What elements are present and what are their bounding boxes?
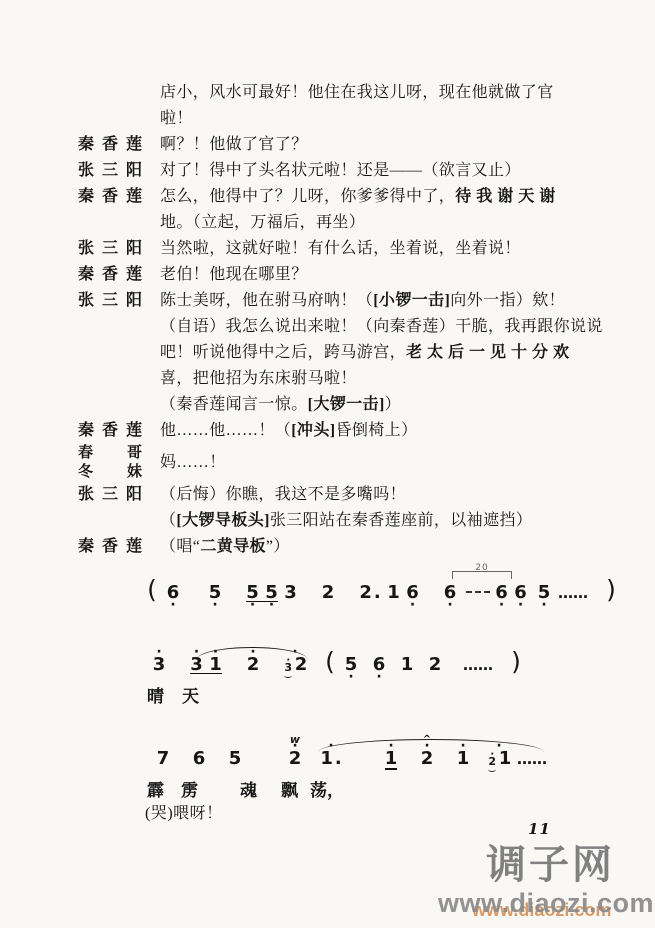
emphasized-text: [大锣一击] — [308, 396, 385, 413]
tie-dash-line — [466, 591, 490, 593]
jianpu-note: 2. — [356, 570, 384, 612]
note-number: 7 — [157, 749, 170, 768]
lyric-char: 飘 — [281, 776, 298, 801]
continuation-dots: …… — [558, 570, 604, 602]
plain-text: （自语）我怎么说出来啦！（向秦香莲）干脆，我再跟你说说 — [160, 318, 603, 335]
dialogue-row: 张三阳对了！得中了头名状元啦！还是——（欲言又止） — [0, 158, 655, 184]
beamed-notes: 5·5· — [243, 570, 281, 612]
jianpu-note: ·1. — [313, 736, 349, 778]
note-digit: 1 — [387, 583, 400, 602]
plain-text: 啊？！他做了官了？ — [160, 136, 308, 153]
lyric-char: 霹 — [147, 776, 164, 801]
jianpu-note: ·3 — [145, 642, 173, 684]
dialogue-line: （后悔）你瞧，我这不是多嘴吗！ — [160, 482, 650, 508]
dialogue-line: 老伯！他现在哪里？ — [160, 262, 650, 288]
note-octave-bottom: · — [170, 602, 175, 612]
note-number: 6 — [193, 749, 206, 768]
jianpu-note: 5· — [530, 570, 558, 612]
jianpu-note: w·2 — [277, 736, 313, 778]
speaker-name-line: 张三阳 — [78, 482, 142, 508]
speaker-name-line: 春 哥 — [78, 444, 142, 463]
note-number: 5 — [229, 749, 242, 768]
plain-text: 昏倒椅上） — [335, 422, 417, 439]
dialogue-row: 秦香莲怎么，他得中了？儿呀，你爹爹得中了，待我谢天谢地。（立起，万福后，再坐） — [0, 184, 655, 236]
speaker-name-line: 冬 妹 — [78, 463, 142, 482]
dialogue-row: 张三阳（后悔）你瞧，我这不是多嘴吗！（[大锣导板头]张三阳站在秦香莲座前，以袖遮… — [0, 482, 655, 534]
jianpu-note: 5 — [217, 736, 253, 778]
speaker-name-line: 张三阳 — [78, 236, 142, 262]
note-number: 2. — [359, 583, 380, 602]
dialogue-line: 地。（立起，万福后，再坐） — [160, 210, 650, 236]
low-octave-dot: · — [518, 597, 523, 613]
scanned-script-page: 店小，风水可最好！他住在我这儿呀，现在他就做了官啦！秦香莲啊？！他做了官了？张三… — [0, 0, 655, 928]
note-octave-bottom: · — [541, 602, 546, 612]
lyrics-line: 霹雳魂飘荡， — [0, 776, 655, 800]
jianpu-note: 6 — [181, 736, 217, 778]
dialogue-text: 啊？！他做了官了？ — [160, 132, 650, 158]
speaker-name-line: 秦香莲 — [78, 132, 142, 158]
speaker-name-line: 秦香莲 — [78, 418, 142, 444]
plain-text: 他……他……！（ — [160, 422, 291, 439]
note-digit: 2 — [322, 583, 335, 602]
plain-text: （秦香莲闻言一惊。 — [160, 396, 308, 413]
note-digit: 1 — [401, 655, 414, 674]
lyric-char: 雳 — [181, 776, 198, 801]
dialogue-row: 张三阳陈士美呀，他在驸马府呐！（[小锣一击]向外一指）欸！（自语）我怎么说出来啦… — [0, 288, 655, 418]
lyric-char: 荡， — [310, 776, 344, 801]
grace-slur-icon — [488, 767, 496, 772]
jianpu-note: 7 — [145, 736, 181, 778]
low-octave-dot: · — [499, 597, 504, 613]
speaker-name: 张三阳 — [78, 158, 142, 184]
dialogue-line: 陈士美呀，他在驸马府呐！（[小锣一击]向外一指）欸！ — [160, 288, 650, 314]
speaker-name-line: 张三阳 — [78, 158, 142, 184]
jianpu-note: 5· — [201, 570, 229, 612]
watermark: www.diaozi.com 调子网 www.diaozi.com — [0, 840, 655, 928]
note-octave-bottom: · — [518, 602, 523, 612]
continuation-dots: …… — [517, 736, 563, 768]
dialogue-line: （[大锣导板头]张三阳站在秦香莲座前，以袖遮挡） — [160, 508, 650, 534]
speaker-name-line: 秦香莲 — [78, 262, 142, 288]
emphasized-text: [大锣导板头] — [176, 512, 269, 529]
note-digit: 5 — [229, 749, 242, 768]
tuplet-bracket-label: 20 — [475, 564, 488, 571]
grace-note: ·3 — [283, 659, 294, 678]
speaker-name: 张三阳 — [78, 288, 142, 314]
dialogue-line: （自语）我怎么说出来啦！（向秦香莲）干脆，我再跟你说说 — [160, 314, 650, 340]
speaker-name: 秦香莲 — [78, 262, 142, 288]
dialogue-line: 店小，风水可最好！他住在我这儿呀，现在他就做了官 — [160, 80, 650, 106]
jianpu-note: 2 — [421, 642, 449, 684]
plain-text: 喜，把他招为东床驸马啦！ — [160, 370, 357, 387]
emphasized-text: 二黄导板 — [200, 538, 266, 555]
note-number: 2 — [289, 749, 302, 768]
dialogue-row: 张三阳当然啦，这就好啦！有什么话，坐着说，坐着说！ — [0, 236, 655, 262]
lyrics-line: 晴天 — [0, 682, 655, 706]
speaker-name: 秦香莲 — [78, 132, 142, 158]
plain-text: 地。（立起，万福后，再坐） — [160, 214, 365, 231]
grace-slur-icon — [284, 673, 292, 678]
note-digit: 2 — [289, 749, 302, 768]
plain-text: 吧！听说他得中之后，跨马游宫， — [160, 344, 406, 361]
music-notes: (6·5·5·5·322.16·6·6·6·5·……) — [0, 570, 655, 612]
low-octave-dot: · — [410, 597, 415, 613]
dialogue-text: （后悔）你瞧，我这不是多嘴吗！（[大锣导板头]张三阳站在秦香莲座前，以袖遮挡） — [160, 482, 650, 534]
dialogue-text: 陈士美呀，他在驸马府呐！（[小锣一击]向外一指）欸！（自语）我怎么说出来啦！（向… — [160, 288, 650, 418]
dialogue-line: 啊？！他做了官了？ — [160, 132, 650, 158]
speaker-name-line: 张三阳 — [78, 288, 142, 314]
note-digit: 3 — [153, 655, 166, 674]
continuation-dots: …… — [463, 642, 509, 674]
jianpu-note: 6· — [511, 570, 530, 612]
dialogue-text: 老伯！他现在哪里？ — [160, 262, 650, 288]
plain-text: 店小，风水可最好！他住在我这儿呀，现在他就做了官 — [160, 84, 554, 101]
music-line-3: 765w·2·1.·1^·2·1··21…… 霹雳魂飘荡， (哭)喂呀！ — [0, 736, 655, 789]
music-paren: ( — [323, 642, 337, 674]
emphasized-text: 待我谢天谢 — [455, 188, 560, 205]
watermark-url: www.diaozi.com — [438, 888, 654, 919]
dialogue-text: 对了！得中了头名状元啦！还是——（欲言又止） — [160, 158, 650, 184]
note-octave-bottom: · — [410, 602, 415, 612]
note-digit: 2 — [359, 583, 372, 602]
note-octave-bottom: · — [269, 602, 274, 612]
jianpu-note: 1 — [384, 570, 403, 612]
low-octave-dot: · — [447, 597, 452, 613]
dialogue-line: （秦香莲闻言一惊。[大锣一击]） — [160, 392, 650, 418]
speaker-name-line: 秦香莲 — [78, 184, 142, 210]
dialogue-line: 他……他……！（[冲头]昏倒椅上） — [160, 418, 650, 444]
plain-text: 啦！ — [160, 110, 193, 127]
music-line-1: (6·5·5·5·322.16·6·6·6·5·……) 20 — [0, 570, 655, 612]
dialogue-text: 当然啦，这就好啦！有什么话，坐着说，坐着说！ — [160, 236, 650, 262]
emphasized-text: [小锣一击] — [373, 292, 450, 309]
grace-note-number: 3 — [284, 663, 292, 673]
note-digit: 3 — [284, 583, 297, 602]
dialogue-line: （唱“二黄导板”） — [160, 534, 650, 560]
plain-text: ） — [385, 396, 401, 413]
page-number: 11 — [528, 820, 551, 838]
speaker-name: 春 哥冬 妹 — [78, 444, 142, 482]
plain-text: （唱“ — [160, 538, 200, 555]
note-number: 1 — [385, 749, 398, 770]
grace-note-number: 2 — [488, 757, 496, 767]
plain-text: 对了！得中了头名状元啦！还是——（欲言又止） — [160, 162, 521, 179]
music-line-2: ·3·3·1·2··32(5·6·12……) 晴天 — [0, 642, 655, 695]
note-digit: 6 — [193, 749, 206, 768]
plain-text: （ — [160, 512, 176, 529]
note-number: ·21 — [487, 749, 512, 779]
dialogue-line: 妈……！ — [160, 450, 650, 476]
speaker-name: 秦香莲 — [78, 184, 142, 210]
low-octave-dot: · — [541, 597, 546, 613]
note-octave-bottom: · — [499, 602, 504, 612]
jianpu-note: 2 — [314, 570, 342, 612]
speaker-name: 张三阳 — [78, 482, 142, 508]
jianpu-note: 6· — [159, 570, 187, 612]
jianpu-note: 5· — [243, 570, 262, 612]
dialogue-line: 喜，把他招为东床驸马啦！ — [160, 366, 650, 392]
dialogue-row: 店小，风水可最好！他住在我这儿呀，现在他就做了官啦！ — [0, 80, 655, 132]
jianpu-note: 3 — [281, 570, 300, 612]
dialogue-text: 他……他……！（[冲头]昏倒椅上） — [160, 418, 650, 444]
lyric-cry: (哭)喂呀！ — [145, 800, 223, 823]
dialogue-row: 秦香莲他……他……！（[冲头]昏倒椅上） — [0, 418, 655, 444]
tuplet-bracket: 20 — [452, 571, 512, 579]
note-number: 1 — [387, 583, 400, 602]
note-number: 2 — [322, 583, 335, 602]
dialogue-line: 当然啦，这就好啦！有什么话，坐着说，坐着说！ — [160, 236, 650, 262]
duration-dot: . — [374, 583, 381, 602]
plain-text: （后悔）你瞧，我这不是多嘴吗！ — [160, 486, 406, 503]
dialogue-text: 店小，风水可最好！他住在我这儿呀，现在他就做了官啦！ — [160, 80, 650, 132]
emphasized-text: [冲头] — [291, 422, 335, 439]
plain-text: 妈……！ — [160, 454, 226, 471]
jianpu-note: 6· — [403, 570, 422, 612]
lyric-char: 魂 — [240, 776, 257, 801]
dialogue-line: 吧！听说他得中之后，跨马游宫，老太后一见十分欢 — [160, 340, 650, 366]
plain-text: 陈士美呀，他在驸马府呐！（ — [160, 292, 373, 309]
jianpu-note: 6· — [365, 642, 393, 684]
grace-note: ·2 — [487, 753, 498, 772]
plain-text: 怎么，他得中了？儿呀，你爹爹得中了， — [160, 188, 455, 205]
note-number: 3 — [284, 583, 297, 602]
low-octave-dot: · — [269, 597, 274, 613]
note-number: 2 — [429, 655, 442, 674]
jianpu-note: 1 — [393, 642, 421, 684]
jianpu-note: 5· — [337, 642, 365, 684]
dialogue-text: （唱“二黄导板”） — [160, 534, 650, 560]
plain-text: 张三阳站在秦香莲座前，以袖遮挡） — [270, 512, 532, 529]
dialogue-text: 怎么，他得中了？儿呀，你爹爹得中了，待我谢天谢地。（立起，万福后，再坐） — [160, 184, 650, 236]
dialogue-row: 秦香莲啊？！他做了官了？ — [0, 132, 655, 158]
plain-text: ”） — [266, 538, 290, 555]
music-paren: ( — [145, 570, 159, 602]
jianpu-note: 5· — [262, 570, 281, 612]
speaker-name: 秦香莲 — [78, 418, 142, 444]
music-paren: ) — [604, 570, 618, 602]
speaker-name-line: 秦香莲 — [78, 534, 142, 560]
low-octave-dot: · — [170, 597, 175, 613]
dialogue-text: 妈……！ — [160, 450, 650, 476]
speaker-name: 秦香莲 — [78, 534, 142, 560]
lyric-char: 天 — [182, 682, 199, 707]
note-number: 1 — [401, 655, 414, 674]
dialogue-line: 对了！得中了头名状元啦！还是——（欲言又止） — [160, 158, 650, 184]
emphasized-text: 老太后一见十分欢 — [406, 344, 574, 361]
note-octave-bottom: · — [212, 602, 217, 612]
note-digit: 2 — [429, 655, 442, 674]
speaker-name: 张三阳 — [78, 236, 142, 262]
watermark-site-name: 调子网 — [486, 844, 615, 886]
dialogue-section: 店小，风水可最好！他住在我这儿呀，现在他就做了官啦！秦香莲啊？！他做了官了？张三… — [0, 80, 655, 560]
plain-text: 向外一指）欸！ — [450, 292, 565, 309]
note-number: 3 — [153, 655, 166, 674]
dialogue-row: 秦香莲老伯！他现在哪里？ — [0, 262, 655, 288]
dialogue-line: 啦！ — [160, 106, 650, 132]
note-octave-bottom: · — [250, 602, 255, 612]
dialogue-row: 春 哥冬 妹妈……！ — [0, 444, 655, 482]
dialogue-line: 怎么，他得中了？儿呀，你爹爹得中了，待我谢天谢 — [160, 184, 650, 210]
jianpu-note: ·3 — [187, 642, 206, 684]
plain-text: 老伯！他现在哪里？ — [160, 266, 308, 283]
dialogue-row: 秦香莲（唱“二黄导板”） — [0, 534, 655, 560]
music-paren: ) — [509, 642, 523, 674]
lyric-char: 晴 — [147, 682, 164, 707]
note-digit: 7 — [157, 749, 170, 768]
note-octave-bottom: · — [447, 602, 452, 612]
low-octave-dot: · — [212, 597, 217, 613]
low-octave-dot: · — [250, 597, 255, 613]
plain-text: 当然啦，这就好啦！有什么话，坐着说，坐着说！ — [160, 240, 521, 257]
